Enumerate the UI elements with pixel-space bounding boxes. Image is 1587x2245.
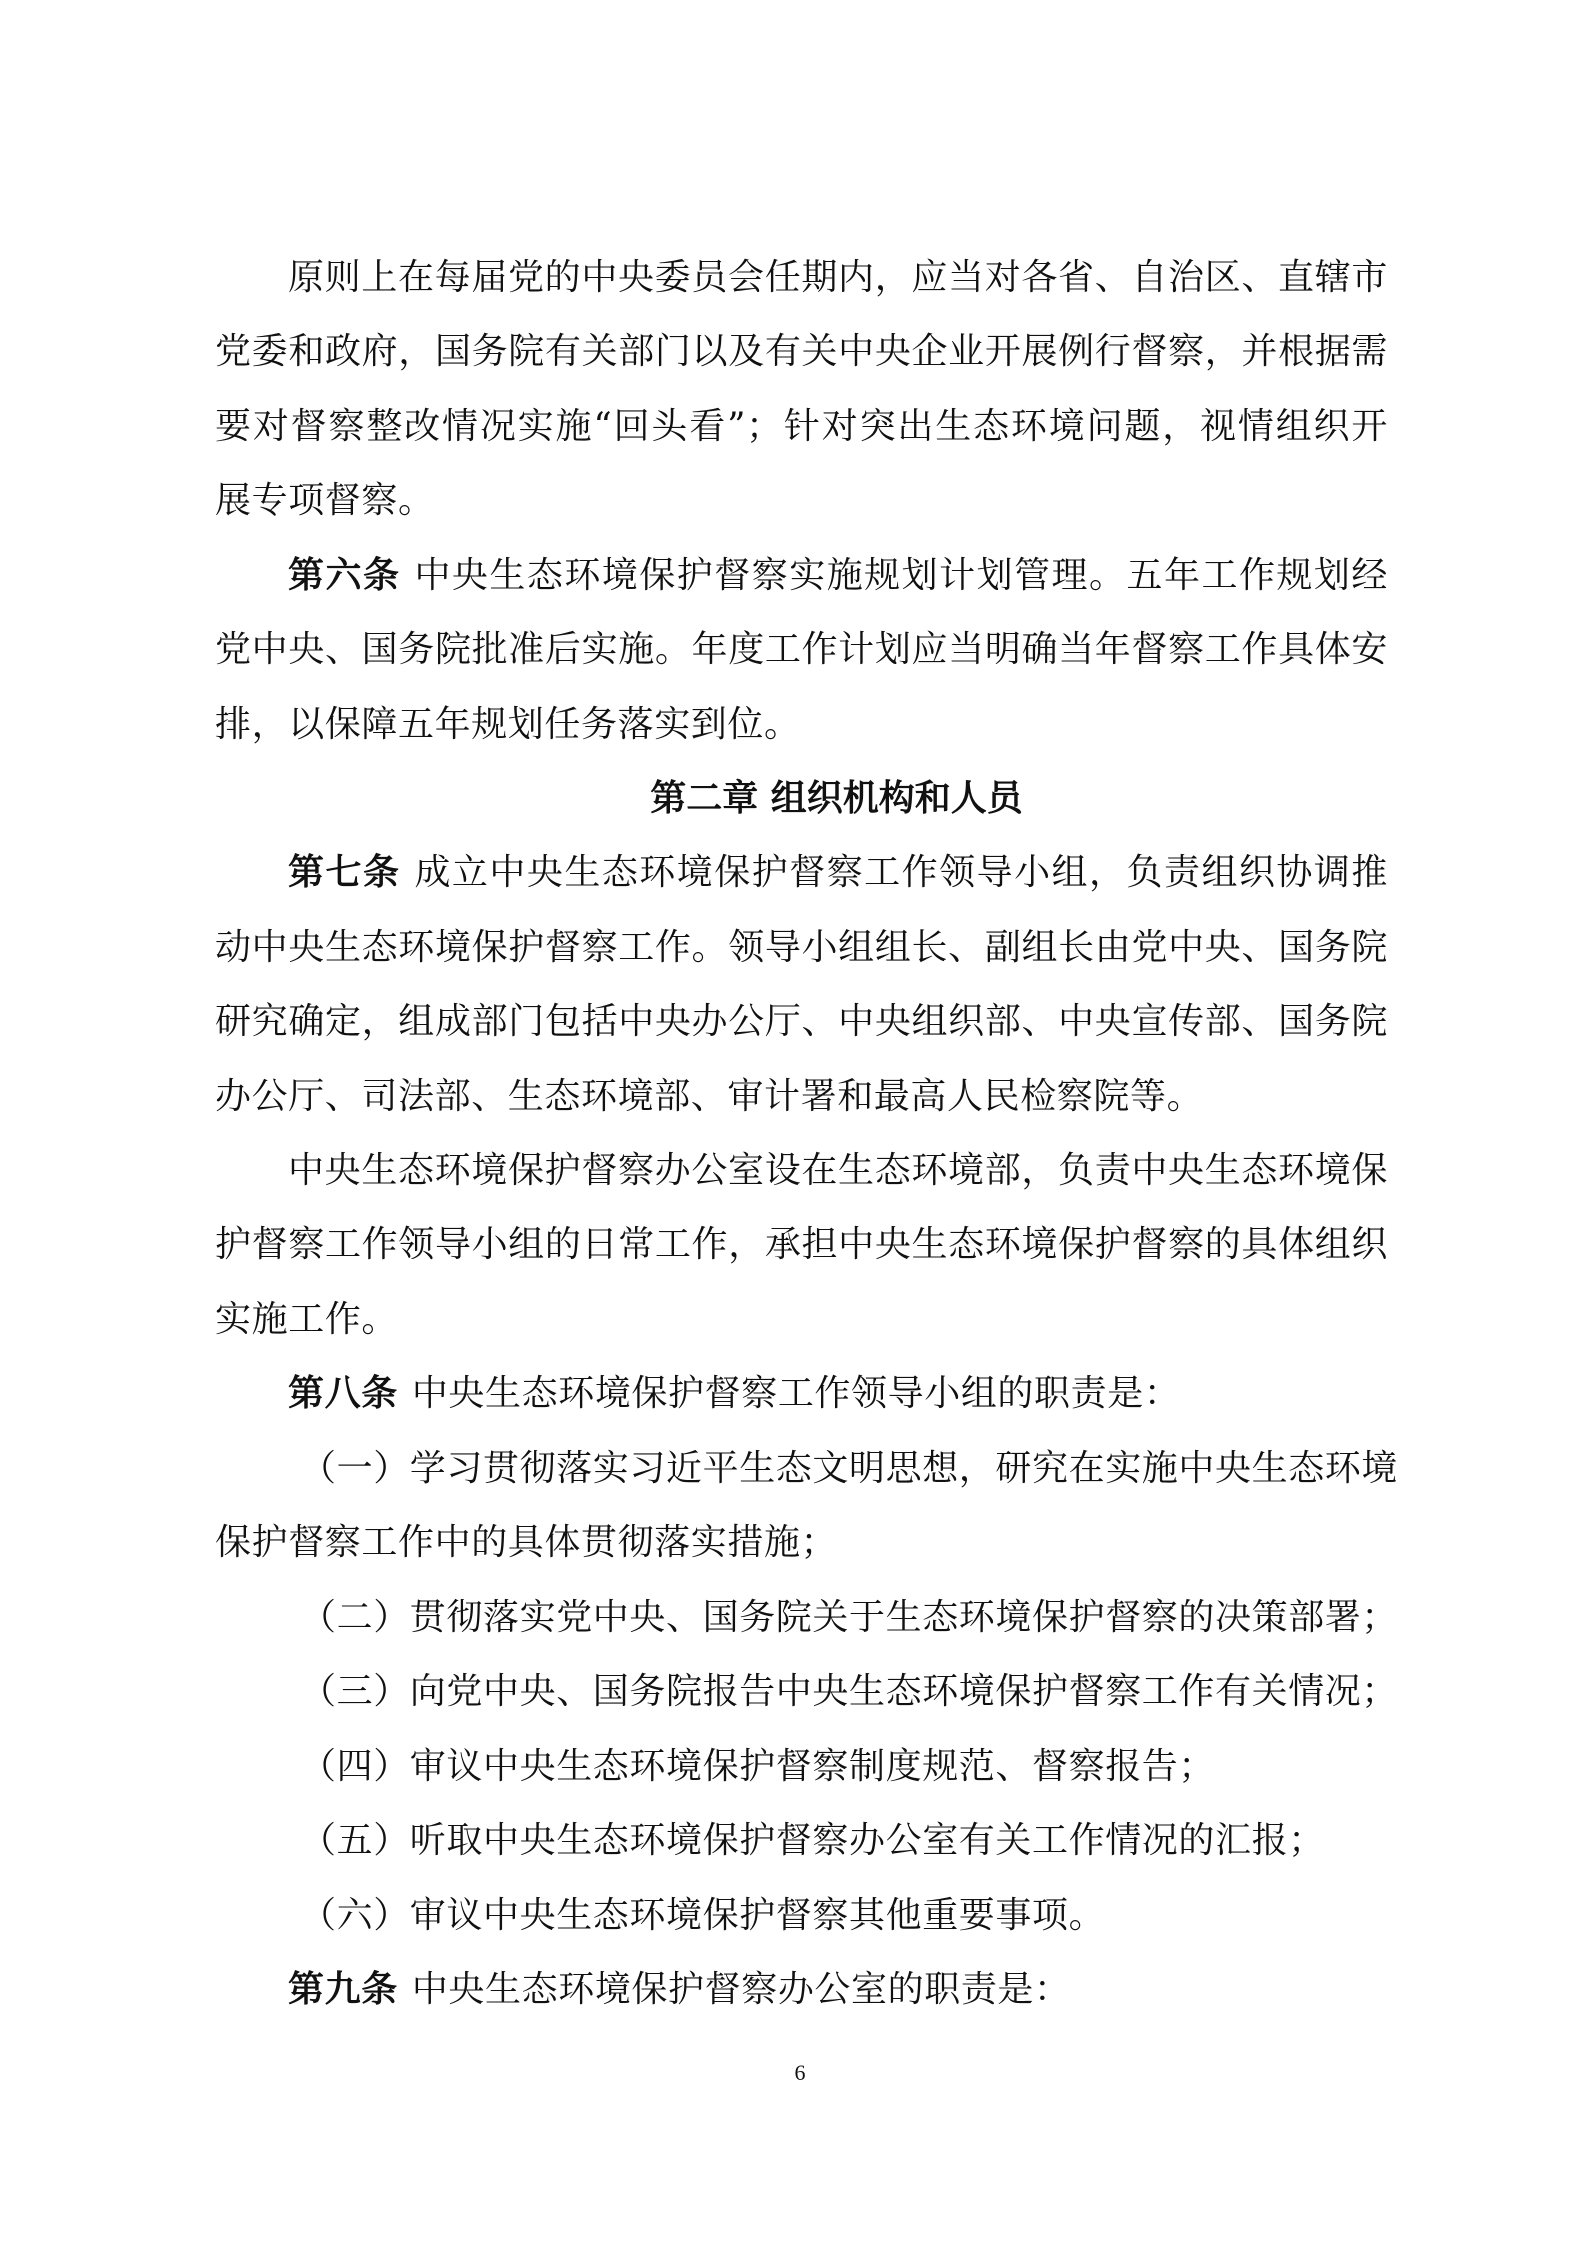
article-7-line: 第七条成立中央生态环境保护督察工作领导小组，负责组织协调推 bbox=[288, 843, 1388, 903]
article-label: 第七条 bbox=[288, 852, 400, 893]
paragraph-line: 要对督察整改情况实施“回头看”；针对突出生态环境问题，视情组织开 bbox=[215, 397, 1388, 457]
article-9-line: 第九条中央生态环境保护督察办公室的职责是： bbox=[288, 1960, 1388, 2020]
article-8-line: 第八条中央生态环境保护督察工作领导小组的职责是： bbox=[288, 1364, 1388, 1424]
chapter-heading: 第二章 组织机构和人员 bbox=[215, 769, 1388, 829]
paragraph-line: 原则上在每届党的中央委员会任期内，应当对各省、自治区、直辖市 bbox=[288, 248, 1388, 308]
line-text: 党委和政府，国务院有关部门以及有关中央企业开展例行督察，并根据需 bbox=[215, 331, 1388, 372]
list-item-line: （五）听取中央生态环境保护督察办公室有关工作情况的汇报； bbox=[300, 1811, 1388, 1871]
line-text: 成立中央生态环境保护督察工作领导小组，负责组织协调推 bbox=[414, 852, 1388, 893]
paragraph-line: 护督察工作领导小组的日常工作，承担中央生态环境保护督察的具体组织 bbox=[215, 1215, 1388, 1275]
line-text: 要对督察整改情况实施“回头看”；针对突出生态环境问题，视情组织开 bbox=[215, 406, 1388, 447]
line-text: 研究确定，组成部门包括中央办公厅、中央组织部、中央宣传部、国务院 bbox=[215, 1001, 1388, 1042]
line-text: 动中央生态环境保护督察工作。领导小组组长、副组长由党中央、国务院 bbox=[215, 927, 1388, 968]
article-label: 第八条 bbox=[288, 1373, 398, 1414]
line-text: 中央生态环境保护督察工作领导小组的职责是： bbox=[412, 1373, 1181, 1414]
list-item-line: （一）学习贯彻落实习近平生态文明思想，研究在实施中央生态环境 bbox=[300, 1439, 1388, 1499]
line-text: （四）审议中央生态环境保护督察制度规范、督察报告； bbox=[300, 1746, 1215, 1787]
paragraph-line: 党中央、国务院批准后实施。年度工作计划应当明确当年督察工作具体安 bbox=[215, 620, 1388, 680]
paragraph-line: 研究确定，组成部门包括中央办公厅、中央组织部、中央宣传部、国务院 bbox=[215, 992, 1388, 1052]
page-number: 6 bbox=[770, 2058, 830, 2088]
line-text: 中央生态环境保护督察办公室设在生态环境部，负责中央生态环境保 bbox=[288, 1150, 1388, 1191]
paragraph-line: 保护督察工作中的具体贯彻落实措施； bbox=[215, 1513, 1388, 1573]
line-text: 中央生态环境保护督察办公室的职责是： bbox=[412, 1969, 1071, 2010]
document-page: 原则上在每届党的中央委员会任期内，应当对各省、自治区、直辖市 党委和政府，国务院… bbox=[0, 0, 1587, 2245]
line-text: （一）学习贯彻落实习近平生态文明思想，研究在实施中央生态环境 bbox=[300, 1448, 1398, 1489]
paragraph-line: 排，以保障五年规划任务落实到位。 bbox=[215, 695, 1388, 755]
line-text: 办公厅、司法部、生态环境部、审计署和最高人民检察院等。 bbox=[215, 1076, 1203, 1117]
list-item-line: （三）向党中央、国务院报告中央生态环境保护督察工作有关情况； bbox=[300, 1662, 1388, 1722]
article-6-line: 第六条中央生态环境保护督察实施规划计划管理。五年工作规划经 bbox=[288, 546, 1388, 606]
paragraph-line: 实施工作。 bbox=[215, 1290, 1388, 1350]
line-text: 实施工作。 bbox=[215, 1299, 398, 1340]
paragraph-line: 党委和政府，国务院有关部门以及有关中央企业开展例行督察，并根据需 bbox=[215, 322, 1388, 382]
line-text: （三）向党中央、国务院报告中央生态环境保护督察工作有关情况； bbox=[300, 1671, 1398, 1712]
line-text: 原则上在每届党的中央委员会任期内，应当对各省、自治区、直辖市 bbox=[288, 257, 1388, 298]
paragraph-line: 办公厅、司法部、生态环境部、审计署和最高人民检察院等。 bbox=[215, 1067, 1388, 1127]
line-text: 党中央、国务院批准后实施。年度工作计划应当明确当年督察工作具体安 bbox=[215, 629, 1388, 670]
list-item-line: （二）贯彻落实党中央、国务院关于生态环境保护督察的决策部署； bbox=[300, 1588, 1388, 1648]
line-text: 中央生态环境保护督察实施规划计划管理。五年工作规划经 bbox=[414, 555, 1388, 596]
list-item-line: （六）审议中央生态环境保护督察其他重要事项。 bbox=[300, 1886, 1388, 1946]
paragraph-line: 展专项督察。 bbox=[215, 471, 1388, 531]
article-label: 第六条 bbox=[288, 555, 400, 596]
line-text: 护督察工作领导小组的日常工作，承担中央生态环境保护督察的具体组织 bbox=[215, 1224, 1388, 1265]
line-text: 展专项督察。 bbox=[215, 480, 435, 521]
line-text: （六）审议中央生态环境保护督察其他重要事项。 bbox=[300, 1895, 1105, 1936]
paragraph-line: 动中央生态环境保护督察工作。领导小组组长、副组长由党中央、国务院 bbox=[215, 918, 1388, 978]
line-text: 排，以保障五年规划任务落实到位。 bbox=[215, 704, 801, 745]
line-text: （五）听取中央生态环境保护督察办公室有关工作情况的汇报； bbox=[300, 1820, 1325, 1861]
list-item-line: （四）审议中央生态环境保护督察制度规范、督察报告； bbox=[300, 1737, 1388, 1797]
line-text: 保护督察工作中的具体贯彻落实措施； bbox=[215, 1522, 837, 1563]
line-text: （二）贯彻落实党中央、国务院关于生态环境保护督察的决策部署； bbox=[300, 1597, 1398, 1638]
article-label: 第九条 bbox=[288, 1969, 398, 2010]
paragraph-line: 中央生态环境保护督察办公室设在生态环境部，负责中央生态环境保 bbox=[288, 1141, 1388, 1201]
